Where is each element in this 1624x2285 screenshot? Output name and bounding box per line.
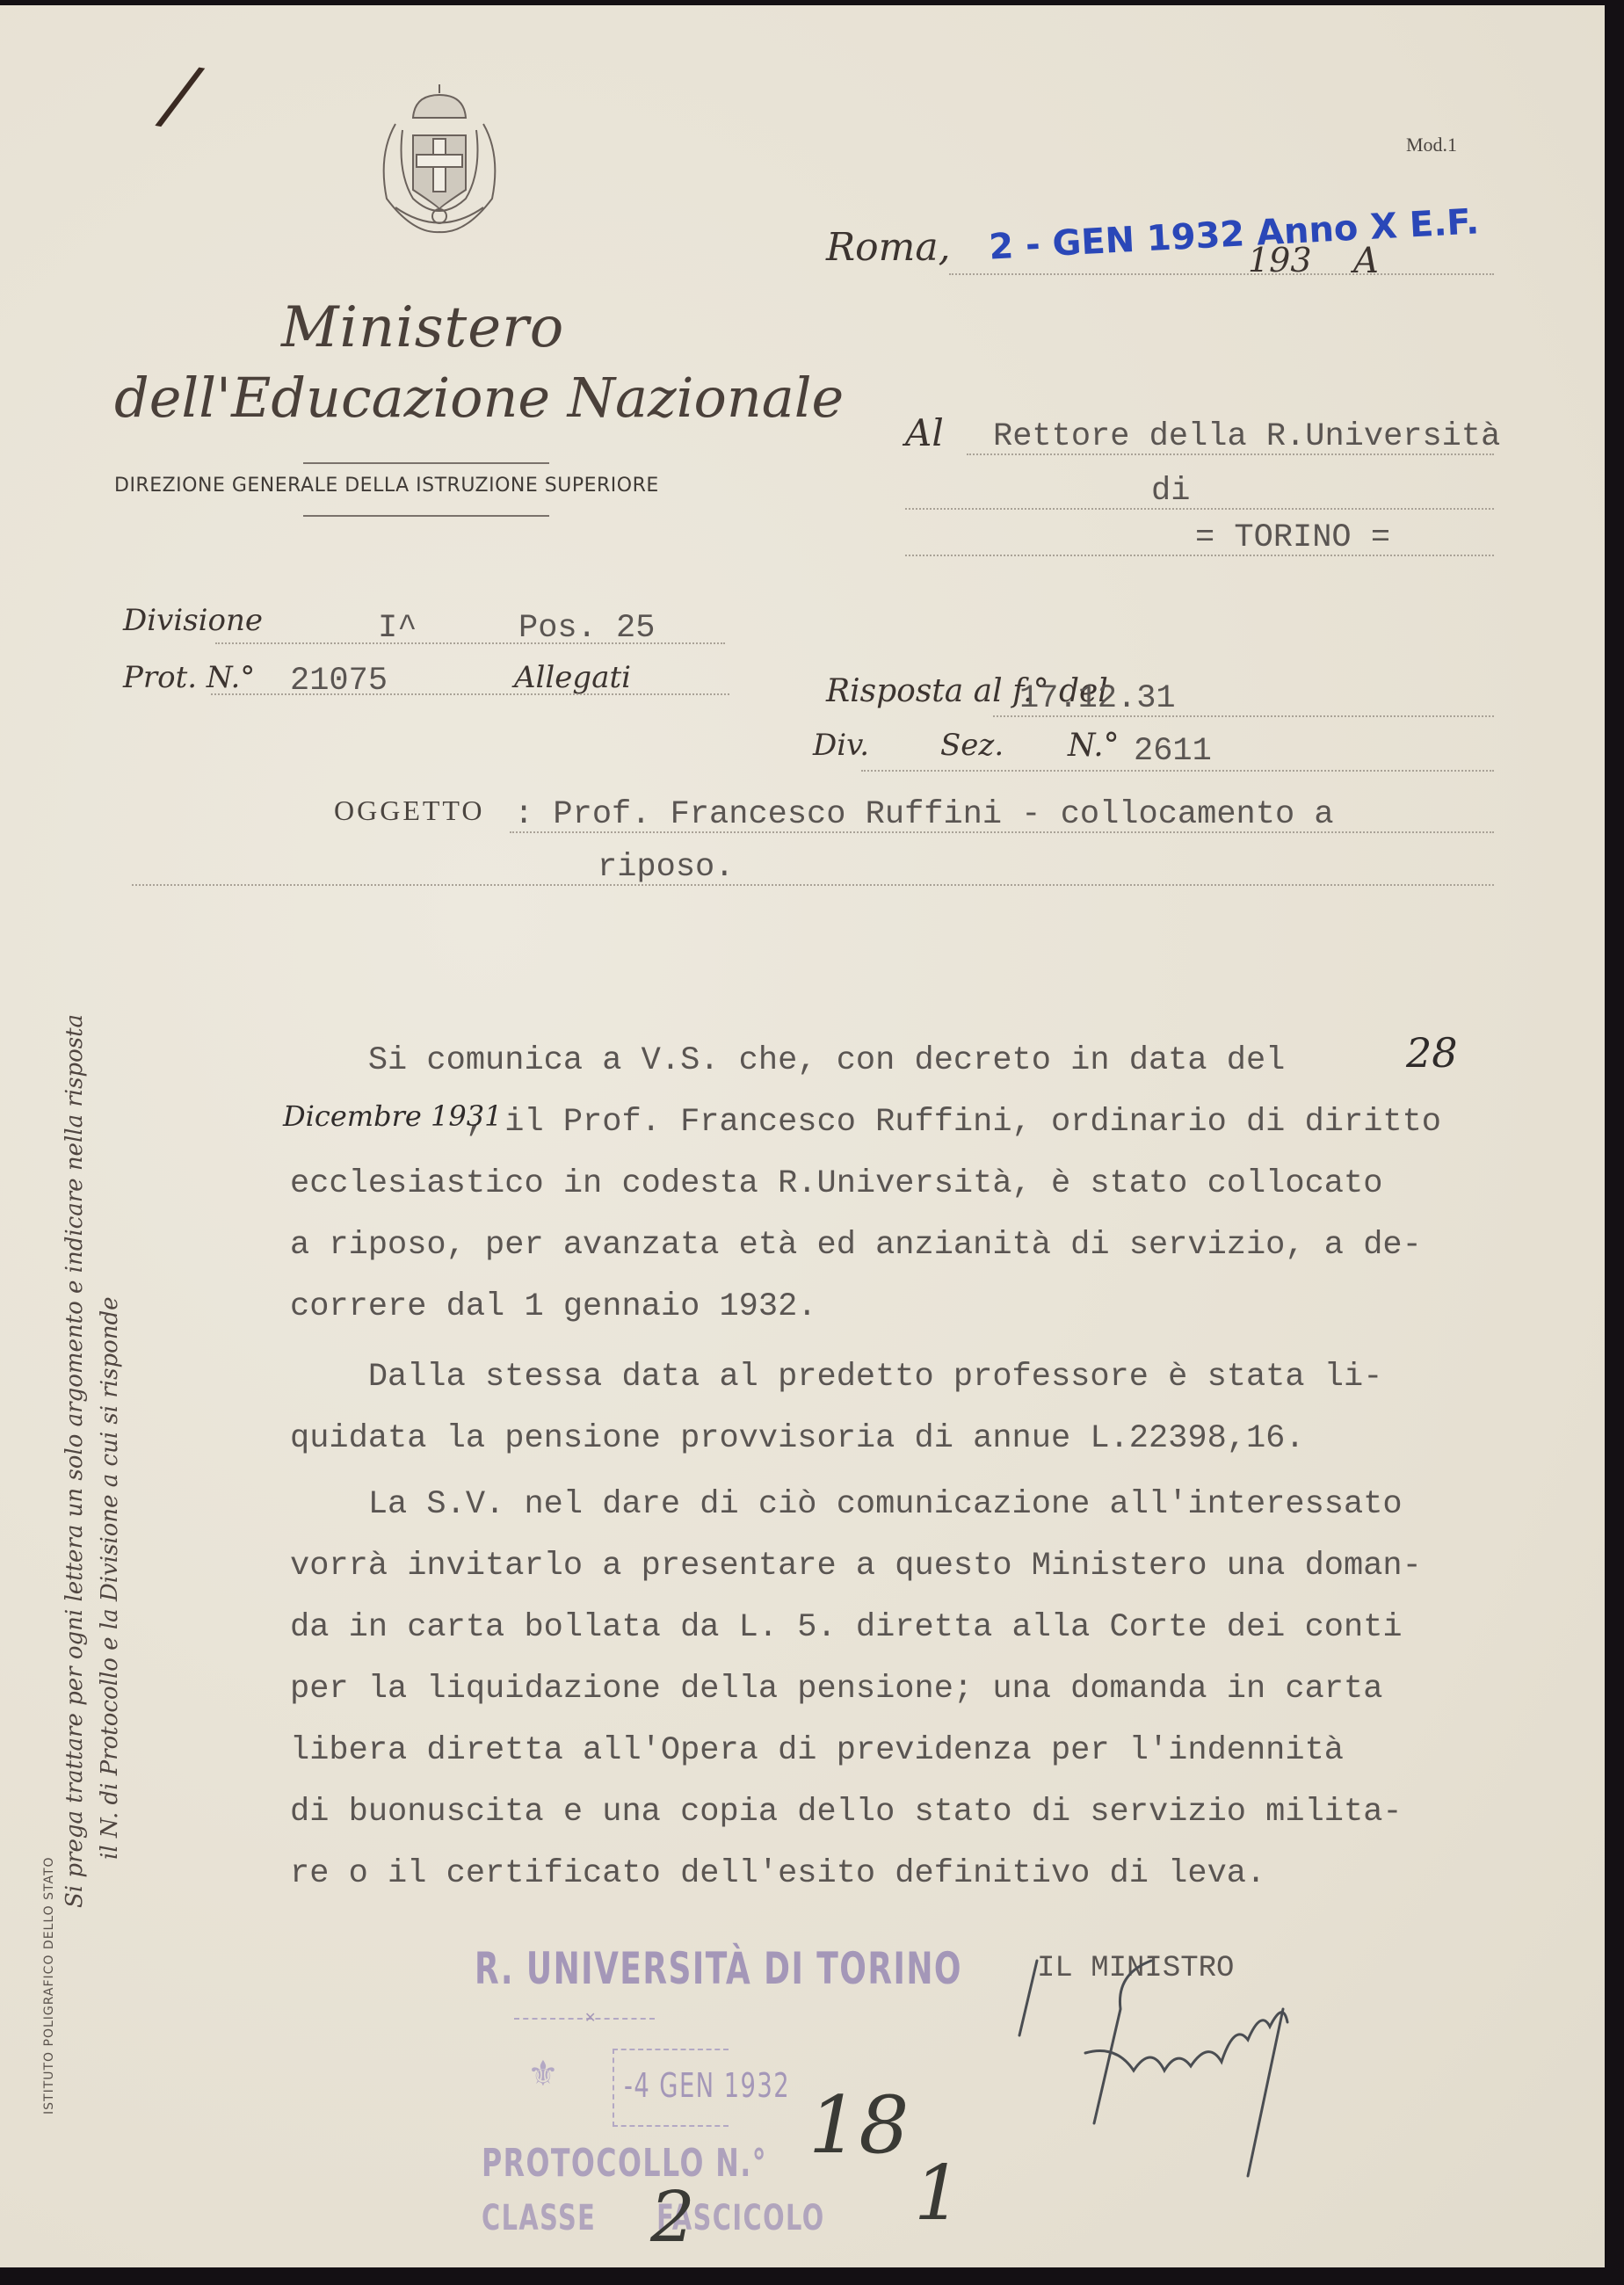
handwritten-protocol: 18 [808,2079,910,2172]
handwritten-month-year: Dicembre 1931 [283,1099,502,1133]
subject-dotted-line [510,831,1494,833]
place-label: Roma, [826,225,951,270]
body-line: ecclesiastico in codesta R.Università, è… [290,1165,1382,1202]
subject-label: OGGETTO [334,794,485,827]
recipient-line3: = TORINO = [1195,519,1390,556]
body-line: da in carta bollata da L. 5. diretta all… [290,1609,1403,1646]
date-stamp: 2 - GEN 1932 Anno X E.F. [988,201,1480,267]
body-line: correre dal 1 gennaio 1932. [290,1288,817,1325]
body-line: per la liquidazione della pensione; una … [290,1671,1382,1708]
recipient-dotted-line [905,555,1494,556]
ministry-title-line1: Ministero [281,295,564,360]
body-line: vorrà invitarlo a presentare a questo Mi… [290,1548,1422,1585]
folio-mark: / [159,47,201,143]
handwritten-day: 28 [1406,1029,1458,1077]
body-line: La S.V. nel dare di ciò comunicazione al… [290,1486,1403,1523]
divisione-label: Divisione [123,603,263,638]
sez-label: Sez. [940,728,1004,763]
body-line: Dalla stessa data al predetto professore… [290,1359,1382,1396]
subject-dotted-line [132,884,1494,886]
stamp-ornament-icon: ✕ [584,2009,596,2027]
body-line: Si comunica a V.S. che, con decreto in d… [290,1042,1285,1079]
div-label: Div. [813,728,869,763]
body-line: quidata la pensione provvisoria di annue… [290,1420,1305,1457]
reception-stamp-date: -4 GEN 1932 [624,2066,790,2105]
pos-value: Pos. 25 [518,610,655,647]
recipient-dotted-line [905,508,1494,510]
date-dotted-line [949,273,1494,275]
handwritten-classe: 2 [650,2176,695,2258]
recipient-prefix: Al [905,411,944,454]
year-suffix: A [1353,241,1379,281]
coat-of-arms-icon [360,76,518,243]
allegati-label: Allegati [514,660,631,695]
recipient-line2: di [1151,473,1190,510]
fleur-icon: ⚜ [527,2053,559,2094]
signature [1011,1939,1380,2185]
margin-instruction-line1: Si prega trattare per ogni lettera un so… [62,1014,88,1908]
body-line: libera diretta all'Opera di previdenza p… [290,1732,1344,1769]
reception-stamp-protocol: PROTOCOLLO N.° [482,2141,767,2186]
recipient-line1: Rettore della R.Università [993,418,1500,455]
prot-label: Prot. N.° [123,660,255,695]
reply-dotted-line [993,715,1494,717]
department-name: DIREZIONE GENERALE DELLA ISTRUZIONE SUPE… [114,475,659,497]
reply-dotted-line [861,770,1494,772]
subject-line2: riposo. [598,849,734,886]
header-dotted-line [215,642,725,644]
printer-imprint: ISTITUTO POLIGRAFICO DELLO STATO [42,1856,56,2115]
body-line: a riposo, per avanzata età ed anzianità … [290,1227,1422,1264]
header-dotted-line [211,693,729,695]
ministry-title-line2: dell'Educazione Nazionale [114,366,844,430]
n-label: N.° [1068,728,1120,764]
divider [303,515,549,517]
divisione-value: I^ [378,610,417,647]
divider [303,462,549,464]
letter-page: / Mod.1 Ministero dell'Educazione Nazion… [0,5,1605,2267]
body-line: re o il certificato dell'esito definitiv… [290,1855,1265,1892]
form-code: Mod.1 [1406,134,1457,156]
reception-stamp-title: R. UNIVERSITÀ DI TORINO [475,1943,962,1994]
subject-line1: : Prof. Francesco Ruffini - collocamento… [514,796,1334,833]
n-value: 2611 [1134,733,1212,770]
recipient-dotted-line [967,453,1494,455]
handwritten-fascicolo: 1 [914,2150,962,2238]
margin-instruction-line2: il N. di Protocollo e la Divisione a cui… [97,1296,123,1860]
risposta-value: 17.12.31 [1019,680,1176,717]
body-line: di buonuscita e una copia dello stato di… [290,1794,1403,1831]
